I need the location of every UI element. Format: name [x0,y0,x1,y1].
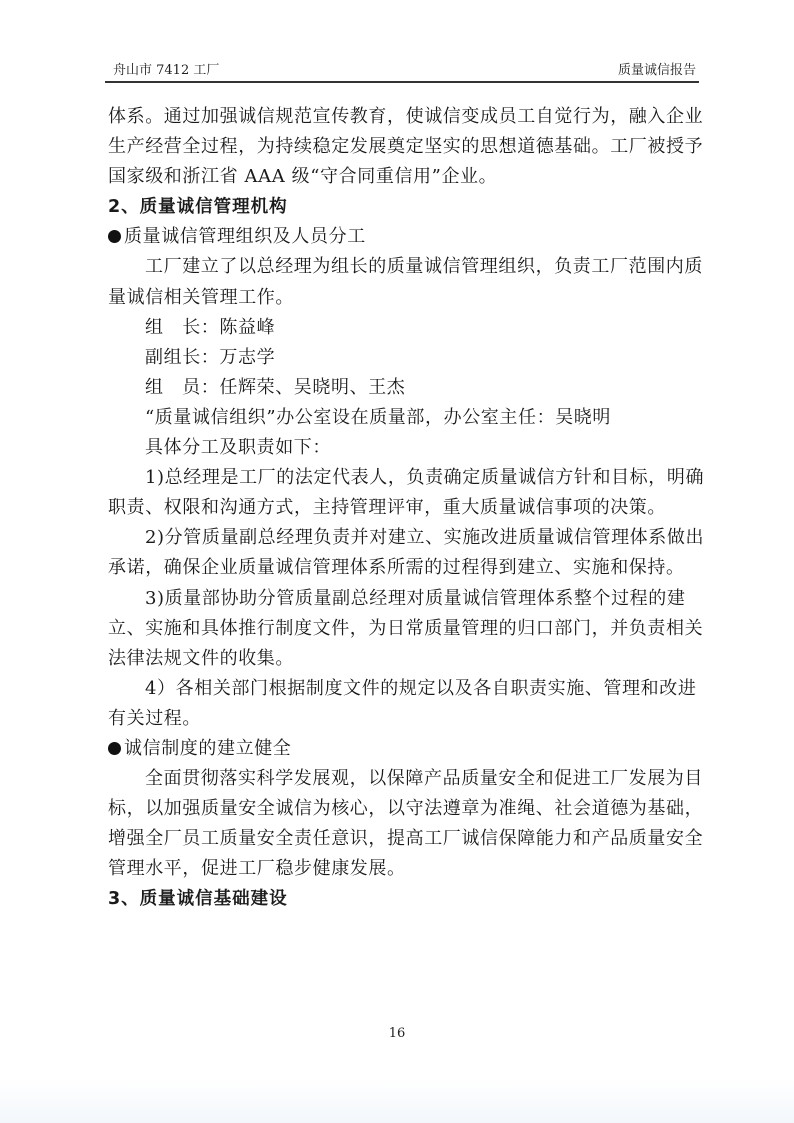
header-report-title: 质量诚信报告 [618,59,696,78]
paragraph-line: 生产经营全过程，为持续稳定发展奠定坚实的思想道德基础。工厂被授予 [108,132,700,162]
section-heading-2: 2、质量诚信管理机构 [108,192,700,222]
bullet-label: 质量诚信管理组织及人员分工 [124,226,366,247]
bullet-item-organization: 质量诚信管理组织及人员分工 [108,222,700,252]
bullet-icon [108,230,121,243]
paragraph-line: 全面贯彻落实科学发展观，以保障产品质量安全和促进工厂发展为目 [108,764,700,794]
page-number: 16 [0,1026,794,1041]
paragraph-line: 体系。通过加强诚信规范宣传教育，使诚信变成员工自觉行为，融入企业 [108,102,700,132]
paragraph-line: 管理水平，促进工厂稳步健康发展。 [108,854,700,884]
paragraph-line: 量诚信相关管理工作。 [108,283,700,313]
paragraph-line: 工厂建立了以总经理为组长的质量诚信管理组织，负责工厂范围内质 [108,252,700,282]
header-divider [105,81,699,83]
member-list: 组 员：任辉荣、吴晓明、王杰 [108,373,700,403]
duties-intro: 具体分工及职责如下： [108,433,700,463]
duty-1-line: 1)总经理是工厂的法定代表人，负责确定质量诚信方针和目标，明确 [108,463,700,493]
duty-3-line: 立、实施和具体推行制度文件，为日常质量管理的归口部门，并负责相关 [108,614,700,644]
paragraph-line: 增强全厂员工质量安全责任意识，提高工厂诚信保障能力和产品质量安全 [108,824,700,854]
document-page: 舟山市 7412 工厂 质量诚信报告 体系。通过加强诚信规范宣传教育，使诚信变成… [0,0,794,1123]
paragraph-line: 国家级和浙江省 AAA 级“守合同重信用”企业。 [108,162,700,192]
duty-2-line: 2)分管质量副总经理负责并对建立、实施改进质量诚信管理体系做出 [108,523,700,553]
member-deputy: 副组长：万志学 [108,343,700,373]
bullet-item-system: 诚信制度的建立健全 [108,734,700,764]
page-header: 舟山市 7412 工厂 质量诚信报告 [105,57,698,83]
document-body: 体系。通过加强诚信规范宣传教育，使诚信变成员工自觉行为，融入企业 生产经营全过程… [108,102,700,915]
bullet-icon [108,742,121,755]
member-leader: 组 长：陈益峰 [108,313,700,343]
duty-4-line: 有关过程。 [108,704,700,734]
duty-3-line: 法律法规文件的收集。 [108,644,700,674]
duty-1-line: 职责、权限和沟通方式，主持管理评审，重大质量诚信事项的决策。 [108,493,700,523]
header-organization: 舟山市 7412 工厂 [113,59,219,78]
duty-2-line: 承诺，确保企业质量诚信管理体系所需的过程得到建立、实施和保持。 [108,553,700,583]
section-heading-3: 3、质量诚信基础建设 [108,884,700,914]
office-info: “质量诚信组织”办公室设在质量部，办公室主任：吴晓明 [108,403,700,433]
duty-3-line: 3)质量部协助分管质量副总经理对质量诚信管理体系整个过程的建 [108,584,700,614]
duty-4-line: 4）各相关部门根据制度文件的规定以及各自职责实施、管理和改进 [108,674,700,704]
paragraph-line: 标，以加强质量安全诚信为核心，以守法遵章为准绳、社会道德为基础， [108,794,700,824]
bullet-label: 诚信制度的建立健全 [124,738,291,759]
